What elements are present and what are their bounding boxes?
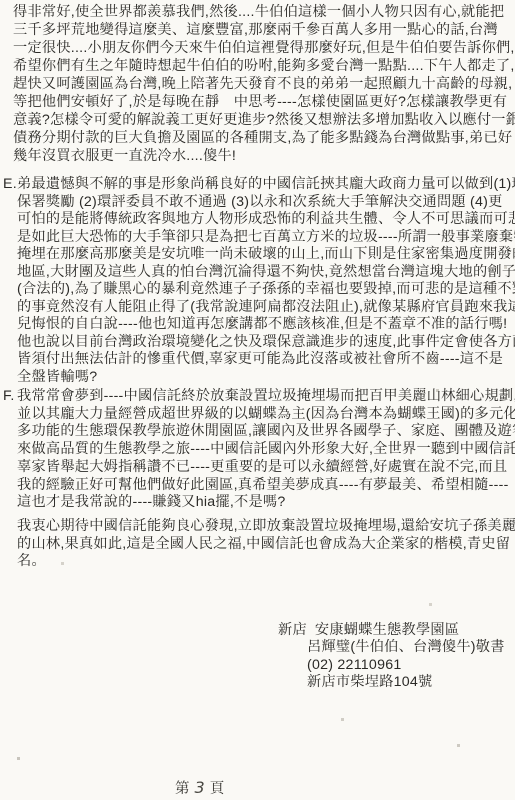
text-line: (合法的),為了賺黑心的暴利竟然連子子孫孫的幸福也要毀掉,而可悲的是這種不對: [3, 281, 515, 299]
signature-block: 新店安康蝴蝶生態教學園區 呂輝璧(牛伯伯、台灣傻牛)敬書 (02) 221109…: [278, 622, 505, 692]
text-line: 地區,大財團及這些人真的怕台灣沉淪得還不夠快,竟然想當台灣這塊大地的劊子手: [3, 264, 515, 282]
paragraph-label-e: E.: [3, 176, 17, 192]
text-line: 得非常好,使全世界都羨慕我們,然後....牛伯伯這樣一個小人物只因有心,就能把: [13, 3, 515, 21]
scan-artifacts: [0, 0, 1, 1]
text-line: 他也說以目前台灣政治環境變化之快及環保意識進步的速度,此事件定會使各方面: [3, 334, 515, 352]
signature-phone: (02) 22110961: [307, 657, 505, 674]
text-line: 我常常會夢到----中國信託終於放棄設置垃圾掩埋場而把百甲美麗山林細心規劃,: [3, 388, 515, 406]
paragraph-f: F. 我常常會夢到----中國信託終於放棄設置垃圾掩埋場而把百甲美麗山林細心規劃…: [3, 388, 515, 512]
text-line: 並以其龐大力量經營成超世界級的以蝴蝶為主(因為台灣本為蝴蝶王國)的多元化、: [3, 406, 515, 424]
text-line: 等把他們安頓好了,於是每晚在靜 中思考----怎樣使園區更好?怎樣讓教學更有: [13, 93, 515, 111]
signature-signer: 呂輝璧(牛伯伯、台灣傻牛)敬書: [307, 639, 505, 656]
text-line: 我的經驗正好可幫他們做好此園區,真希望美夢成真----有夢最美、希望相隨----: [3, 477, 515, 495]
signature-location: 新店: [278, 622, 307, 638]
text-line: 皆須付出無法估計的慘重代價,辜家更可能為此沒落或被社會所不齒----這不是: [3, 351, 515, 369]
scanned-letter-page: 得非常好,使全世界都羨慕我們,然後....牛伯伯這樣一個小人物只因有心,就能把 …: [0, 0, 515, 800]
text-line: 多功能的生態環保教學旅遊休閒園區,讓國內及世界各國學子、家庭、團體及遊客: [3, 423, 515, 441]
signature-organization: 新店安康蝴蝶生態教學園區: [278, 622, 505, 639]
page-number-suffix: 頁: [210, 781, 226, 797]
page-footer: 第3頁: [175, 777, 225, 798]
text-line: 的山林,果真如此,這是全國人民之福,中國信託也會成為大企業家的楷模,青史留: [17, 536, 515, 554]
closing-paragraph: 我衷心期待中國信託能夠良心發現,立即放棄設置垃圾掩埋場,還給安坑子孫美麗 的山林…: [17, 518, 515, 571]
text-line: 保署獎勵 (2)環評委員不敢不通過 (3)以永和次系統大手筆解決交通問題 (4)…: [3, 194, 515, 212]
page-number-prefix: 第: [175, 781, 191, 797]
text-line: 來做高品質的生態教學之旅----中國信託國內外形象大好,全世界一聽到中國信託: [3, 441, 515, 459]
text-line: 意義?怎樣令可愛的解說義工更好更進步?然後又想辦法多增加點收入以應付一銀: [13, 111, 515, 129]
text-line: 這也才是我常說的----賺錢又hia擺,不是嗎?: [3, 494, 515, 512]
text-line: 一定很快....小朋友你們今天來牛伯伯這裡覺得那麼好玩,但是牛伯伯要告訴你們,: [13, 39, 515, 57]
text-line: 趕快又呵護園區為台灣,晚上陪著先天發育不良的弟弟一起照顧九十高齡的母親,: [13, 75, 515, 93]
text-line: 債務分期付款的巨大負擔及園區的各種開支,為了能多點錢為台灣做點事,弟已好: [13, 129, 515, 147]
text-line: 辜家皆舉起大姆指稱讚不已----更重要的是可以永續經營,好處實在說不完,而且: [3, 459, 515, 477]
text-line: 全盤皆輸嗎?: [3, 369, 515, 387]
text-line: 幾年沒買衣服更一直洗冷水....傻牛!: [13, 147, 515, 165]
text-line: 兒悔恨的自白說----他也知道再怎麼講都不應該核准,但是不蓋章不准的話行嗎!: [3, 316, 515, 334]
text-line: 希望你們有生之年隨時想起牛伯伯的吩咐,能夠多愛台灣一點點....下午人都走了,: [13, 57, 515, 75]
paragraph-e: E. 弟最遺憾與不解的事是形象尚稱良好的中國信託挾其龐大政商力量可以做到(1)環…: [3, 176, 515, 386]
paragraph-label-f: F.: [3, 388, 15, 404]
text-line: 掩埋在那麼高那麼美是安坑唯一尚未破壞的山上,而山下則是住家密集過度開發的: [3, 246, 515, 264]
signature-address: 新店市柴埕路104號: [307, 674, 505, 691]
paragraph-continued: 得非常好,使全世界都羨慕我們,然後....牛伯伯這樣一個小人物只因有心,就能把 …: [13, 3, 515, 165]
text-line: 弟最遺憾與不解的事是形象尚稱良好的中國信託挾其龐大政商力量可以做到(1)環: [3, 176, 515, 194]
text-line: 是如此巨大恐怖的大手筆卻只是為把七百萬立方米的垃圾----所謂一般事業廢棄物: [3, 229, 515, 247]
text-line: 三千多坪荒地變得這麼美、這麼豐富,那麼兩千參百萬人多用一點心的話,台灣: [13, 21, 515, 39]
text-line: 的事竟然沒有人能阻止得了(我常說連阿扁都沒法阻止),就像某縣府官員跑來我這: [3, 299, 515, 317]
signature-org-name: 安康蝴蝶生態教學園區: [315, 622, 459, 638]
text-line: 名。: [17, 553, 515, 571]
text-line: 我衷心期待中國信託能夠良心發現,立即放棄設置垃圾掩埋場,還給安坑子孫美麗: [17, 518, 515, 536]
page-number: 3: [195, 778, 206, 797]
text-line: 可怕的是能將傳統政客與地方人物形成恐怖的利益共生體、令人不可思議而可悲的: [3, 211, 515, 229]
